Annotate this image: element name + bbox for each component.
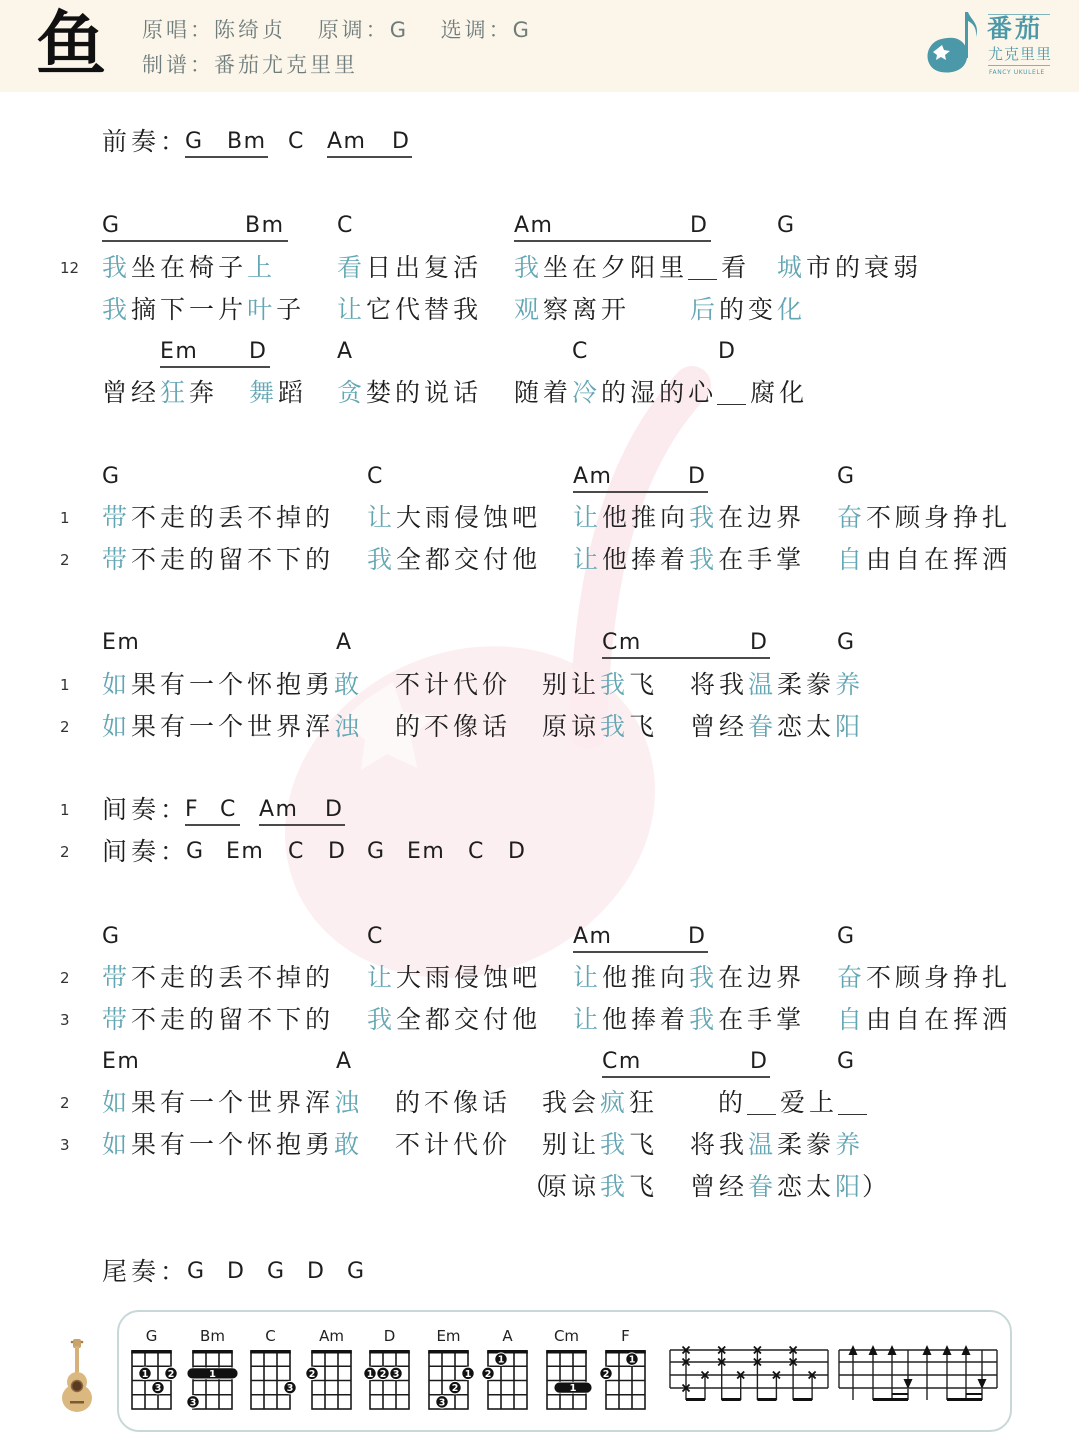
lyric-accent-char: 我	[600, 1130, 629, 1159]
lyric-char: 不	[866, 503, 895, 532]
lyric-accent-char: 我	[600, 1172, 629, 1201]
lyric-accent-char: 带	[102, 1005, 131, 1034]
lyric-char: 在	[718, 1005, 747, 1034]
lyric-char: 不	[424, 712, 453, 741]
lyric-accent-char: 狂	[160, 378, 189, 407]
lyric-char: 向	[660, 963, 689, 992]
lyric-char: 豢	[806, 1130, 835, 1159]
chord-name: D	[307, 1257, 325, 1287]
lyric-char: 像	[453, 712, 482, 741]
chord-name: C	[337, 211, 354, 241]
lyric-char: 在	[924, 545, 953, 574]
lyric-char: 不	[424, 1088, 453, 1117]
lyric-accent-char: 让	[337, 295, 366, 324]
lyric-char: 价	[482, 1130, 511, 1159]
lyric-char: 不	[131, 503, 160, 532]
lyric-char: 活	[453, 253, 482, 282]
lyric-accent-char: 自	[837, 1005, 866, 1034]
lyric-accent-char: 我	[689, 963, 718, 992]
lyric-char: 湿	[630, 378, 659, 407]
lyric-accent-char: 我	[600, 670, 629, 699]
lyric-char: 由	[866, 1005, 895, 1034]
lyric-char: 浑	[305, 712, 334, 741]
lyric-char: 原	[542, 712, 571, 741]
lyric-segment: 城市的衰弱	[777, 253, 922, 283]
lyric-char: 下	[276, 545, 305, 574]
lyric-char: 抱	[276, 1130, 305, 1159]
chord-name: Bm	[245, 211, 285, 241]
lyric-segment: 我会疯狂	[542, 1088, 658, 1118]
lyric-char: 腐	[750, 378, 779, 407]
chord-name: G	[347, 1257, 366, 1287]
lyric-segment: 我坐在椅子上	[102, 253, 276, 283]
chord-name: G	[267, 1257, 286, 1287]
chord-name: Am	[514, 211, 553, 241]
lyric-char: 的	[305, 1005, 334, 1034]
lyric-char: 的	[189, 503, 218, 532]
lyric-accent-char: 带	[102, 545, 131, 574]
chord-name: Cm	[602, 628, 642, 658]
verse-number: 2	[60, 963, 70, 993]
lyric-accent-char: 带	[102, 503, 131, 532]
lyric-char: 走	[160, 545, 189, 574]
lyric-char: 变	[748, 295, 777, 324]
lyric-char: 他	[602, 503, 631, 532]
lyric-char: 它	[366, 295, 395, 324]
lyric-segment: 原谅我飞	[542, 1172, 658, 1202]
chord-sheet-page: 鱼 原唱：陈绮贞 原调：G 选调：G 制谱：番茄尤克里里 番茄 尤克里里 FAN…	[0, 0, 1079, 1445]
lyric-char: 界	[776, 503, 805, 532]
lyric-segment: 自由自在挥洒	[837, 545, 1011, 575]
lyric-char: 个	[218, 712, 247, 741]
lyric-segment: 如果有一个怀抱勇敢	[102, 670, 363, 700]
chord-name: Am	[573, 922, 612, 952]
lyric-char: 付	[483, 545, 512, 574]
lyric-char: 推	[631, 963, 660, 992]
lyric-accent-char: 贪	[337, 378, 366, 407]
chords-row: GCAmDG	[0, 462, 1079, 492]
lyric-char: 化	[779, 378, 808, 407]
lyric-accent-char: 冷	[572, 378, 601, 407]
lyric-segment: 让他推向我在边界	[573, 963, 805, 993]
lyric-segment: 看日出复活	[337, 253, 482, 283]
chord-name: Am	[573, 462, 612, 492]
lyric-char: 掉	[276, 963, 305, 992]
progression-row: 前奏：GBmCAmD	[0, 127, 1079, 157]
lyric-char: 他	[602, 1005, 631, 1034]
lyric-char: 洒	[982, 1005, 1011, 1034]
progression-row: 1间奏：FCAmD	[0, 795, 1079, 825]
lyric-accent-char: 后	[690, 295, 719, 324]
chord-name: G	[102, 211, 121, 241]
lyric-char: 界	[776, 963, 805, 992]
chord-name: A	[337, 337, 354, 367]
lyric-segment: 后的变化	[690, 295, 806, 325]
lyric-accent-char: 舞	[249, 378, 278, 407]
lyric-accent-char: 让	[573, 1005, 602, 1034]
lyric-char: 飞	[629, 1172, 658, 1201]
verse-number: 1	[60, 670, 70, 700]
lyric-char: 侵	[454, 503, 483, 532]
lyric-char: 掌	[776, 545, 805, 574]
lyric-char: 捧	[631, 545, 660, 574]
lyric-segment: 我摘下一片叶子	[102, 295, 305, 325]
lyric-char: 子	[218, 253, 247, 282]
lyric-char: 在	[160, 253, 189, 282]
verse-number: 1	[60, 503, 70, 533]
lyric-char: 雨	[425, 503, 454, 532]
lyric-char: 的	[189, 963, 218, 992]
lyric-char: 片	[218, 295, 247, 324]
lyric-accent-char: 看	[337, 253, 366, 282]
lyric-char: 雨	[425, 963, 454, 992]
lyric-char: 有	[160, 1130, 189, 1159]
lyric-char: 计	[424, 670, 453, 699]
chord-name: F	[185, 795, 199, 825]
chord-name: Am	[259, 795, 298, 825]
lyric-char: 走	[160, 503, 189, 532]
lyric-char: 像	[453, 1088, 482, 1117]
lyric-accent-char: 我	[689, 1005, 718, 1034]
lyric-char: 勇	[305, 670, 334, 699]
lyric-accent-char: 带	[102, 963, 131, 992]
lyric-char: 他	[602, 545, 631, 574]
ukulele-icon	[58, 1338, 96, 1414]
chord-name: D	[508, 837, 526, 867]
chords-row: GBmCAmDG	[0, 211, 1079, 241]
lyric-char: 恋	[777, 712, 806, 741]
lyric-char: 狂	[629, 1088, 658, 1117]
lyric-char: 爱	[780, 1088, 809, 1117]
lyric-char: 在	[924, 1005, 953, 1034]
lyric-char: 个	[218, 1088, 247, 1117]
lyric-char: 心	[688, 378, 717, 407]
lyric-char: 留	[218, 1005, 247, 1034]
chord-name: D	[718, 337, 736, 367]
lyric-segment: 别让我飞	[542, 1130, 658, 1160]
lyric-accent-char: 敢	[334, 1130, 363, 1159]
lyric-char: 替	[424, 295, 453, 324]
lyric-char: 谅	[571, 1172, 600, 1201]
chord-name: G	[837, 1047, 856, 1077]
lyric-accent-char: 我	[514, 253, 543, 282]
lyric-char: 抱	[276, 670, 305, 699]
lyric-accent-char: 让	[573, 545, 602, 574]
lyric-char: 交	[454, 1005, 483, 1034]
chords-row: EmACmDG	[0, 628, 1079, 658]
chord-name: A	[336, 1047, 353, 1077]
verse-number: 3	[60, 1005, 70, 1035]
verse-number: 12	[60, 253, 79, 283]
lyric-char: 着	[660, 545, 689, 574]
lyrics-row: （原谅我飞曾经眷恋太阳）	[0, 1172, 1079, 1202]
lyric-accent-char: 敢	[334, 670, 363, 699]
lyric-char: 掌	[776, 1005, 805, 1034]
chord-name: Em	[102, 1047, 140, 1077]
lyric-char: 椅	[189, 253, 218, 282]
lyric-char: 计	[424, 1130, 453, 1159]
lyric-segment: 我坐在夕阳里看	[514, 253, 750, 283]
chord-name: C	[468, 837, 485, 867]
section-label: 间奏：	[102, 795, 189, 825]
chord-group-underline	[514, 240, 711, 242]
chord-name: G	[187, 1257, 206, 1287]
lyric-segment: 自由自在挥洒	[837, 1005, 1011, 1035]
lyric-char: 怀	[247, 670, 276, 699]
lyric-segment: 曾经狂奔	[102, 378, 218, 408]
lyric-segment: 将我温柔豢养	[690, 1130, 864, 1160]
chord-name: Em	[160, 337, 198, 367]
lyric-char: 自	[895, 545, 924, 574]
lyric-accent-char: 自	[837, 545, 866, 574]
lyric-segment: 让他推向我在边界	[573, 503, 805, 533]
lyric-char: 夕	[601, 253, 630, 282]
lyrics-row: 2带不走的丢不掉的让大雨侵蚀吧让他推向我在边界奋不顾身挣扎	[0, 963, 1079, 993]
strumming-pattern-staff	[839, 1350, 997, 1388]
lyric-char: 恋	[777, 1172, 806, 1201]
chord-name: D	[688, 462, 706, 492]
lyric-segment: 如果有一个怀抱勇敢	[102, 1130, 363, 1160]
lyric-char: 有	[160, 670, 189, 699]
lyric-char: 手	[747, 1005, 776, 1034]
lyric-accent-char: 我	[367, 1005, 396, 1034]
lyric-char: 代	[453, 1130, 482, 1159]
lyric-char: 察	[543, 295, 572, 324]
lyric-char: 不	[395, 1130, 424, 1159]
chord-group-underline	[259, 824, 345, 826]
verse-number: 2	[60, 712, 70, 742]
chord-group-underline	[573, 491, 708, 493]
lyric-char: 说	[424, 378, 453, 407]
lyric-accent-char: 阳	[835, 1172, 864, 1201]
chords-row: EmDACD	[0, 337, 1079, 367]
chord-name: D	[750, 628, 768, 658]
lyric-char: 果	[131, 1088, 160, 1117]
lyrics-row: 3带不走的留不下的我全都交付他让他捧着我在手掌自由自在挥洒	[0, 1005, 1079, 1035]
up-arrow-icon	[888, 1345, 897, 1400]
lyric-segment: 让它代替我	[337, 295, 482, 325]
lyric-char: 的	[719, 295, 748, 324]
chord-name: C	[220, 795, 237, 825]
lyric-char: 的	[659, 378, 688, 407]
lyric-segment: 奋不顾身挣扎	[837, 503, 1011, 533]
lyric-char: 价	[482, 670, 511, 699]
lyric-char: 一	[189, 295, 218, 324]
lyric-char: 原	[542, 1172, 571, 1201]
lyric-accent-char: 上	[247, 253, 276, 282]
lyric-char: 柔	[777, 1130, 806, 1159]
lyric-char: 全	[396, 1005, 425, 1034]
lyric-char: 让	[571, 1130, 600, 1159]
chord-group-underline	[602, 1076, 770, 1078]
lyric-accent-char: 养	[835, 670, 864, 699]
lyric-char: 出	[395, 253, 424, 282]
lyric-char: 阳	[630, 253, 659, 282]
lyric-char: 一	[189, 1088, 218, 1117]
fingerpicking-pattern-staff	[670, 1350, 828, 1388]
lyric-char: 勇	[305, 1130, 334, 1159]
lyric-char: 扎	[982, 963, 1011, 992]
lyric-char: 我	[719, 670, 748, 699]
chord-group-underline	[185, 824, 240, 826]
lyric-char: 都	[425, 1005, 454, 1034]
chord-name: G	[102, 922, 121, 952]
chord-name: Bm	[227, 127, 267, 157]
lyric-char: 我	[719, 1130, 748, 1159]
lyric-char: 着	[660, 1005, 689, 1034]
lyric-accent-char: 温	[748, 670, 777, 699]
lyric-char: 日	[366, 253, 395, 282]
chord-group-underline	[327, 156, 412, 158]
chord-name: D	[325, 795, 343, 825]
lyric-char: 世	[247, 1088, 276, 1117]
lyric-segment: 如果有一个世界浑浊	[102, 1088, 363, 1118]
lyrics-row: 2如果有一个世界浑浊的不像话原谅我飞曾经眷恋太阳	[0, 712, 1079, 742]
lyric-char: 果	[131, 1130, 160, 1159]
lyric-char: 别	[542, 670, 571, 699]
lyric-char: 界	[276, 712, 305, 741]
chord-name: D	[328, 837, 346, 867]
lyric-char: 坐	[543, 253, 572, 282]
lyric-accent-char: 浊	[334, 712, 363, 741]
lyric-char: 奔	[189, 378, 218, 407]
lyric-blank	[717, 378, 746, 405]
lyric-char: 柔	[777, 670, 806, 699]
lyric-char: 怀	[247, 1130, 276, 1159]
chord-name: C	[367, 462, 384, 492]
lyric-char: 太	[806, 1172, 835, 1201]
lyric-char: 大	[396, 963, 425, 992]
lyric-char: 吧	[512, 963, 541, 992]
chord-name: D	[750, 1047, 768, 1077]
lyric-char: 全	[396, 545, 425, 574]
up-arrow-icon	[943, 1345, 952, 1400]
lyric-char: 随	[514, 378, 543, 407]
chord-name: C	[288, 127, 305, 157]
chord-name: D	[690, 211, 708, 241]
lyric-char: 飞	[629, 712, 658, 741]
lyric-char: 个	[218, 1130, 247, 1159]
chord-group-underline	[602, 657, 770, 659]
lyric-accent-char: 城	[777, 253, 806, 282]
lyric-char: 曾	[102, 378, 131, 407]
lyric-char: 浑	[305, 1088, 334, 1117]
lyric-char: 身	[924, 963, 953, 992]
lyric-char: 婪	[366, 378, 395, 407]
lyric-char: 经	[719, 712, 748, 741]
lyric-accent-char: 如	[102, 712, 131, 741]
lyric-segment: 如果有一个世界浑浊	[102, 712, 363, 742]
lyric-char: 话	[482, 1088, 511, 1117]
lyric-accent-char: 我	[102, 295, 131, 324]
lyric-segment: 奋不顾身挣扎	[837, 963, 1011, 993]
lyric-segment: 别让我飞	[542, 670, 658, 700]
lyric-char: 侵	[454, 963, 483, 992]
lyric-char: 个	[218, 670, 247, 699]
lyric-char: 太	[806, 712, 835, 741]
verse-number: 2	[60, 837, 70, 867]
lyric-segment: 不计代价	[395, 670, 511, 700]
lyric-char: 别	[542, 1130, 571, 1159]
lyric-char: 在	[718, 963, 747, 992]
lyric-char: 让	[571, 670, 600, 699]
lyric-accent-char: 养	[835, 1130, 864, 1159]
lyric-char: 的	[395, 712, 424, 741]
lyric-char: ）	[862, 1172, 891, 1201]
lyric-char: 经	[131, 378, 160, 407]
lyric-char: 的	[305, 963, 334, 992]
lyric-accent-char: 让	[367, 503, 396, 532]
lyric-segment: 贪婪的说话	[337, 378, 482, 408]
chord-name: D	[249, 337, 267, 367]
chords-row: EmACmDG	[0, 1047, 1079, 1077]
lyric-accent-char: 化	[777, 295, 806, 324]
lyric-char: 付	[483, 1005, 512, 1034]
lyric-accent-char: 如	[102, 670, 131, 699]
lyric-char: 不	[247, 545, 276, 574]
lyric-char: 不	[131, 1005, 160, 1034]
chord-name: Em	[102, 628, 140, 658]
lyric-accent-char: 我	[367, 545, 396, 574]
lyric-char: 顾	[895, 963, 924, 992]
lyric-char: 一	[189, 1130, 218, 1159]
lyric-char: 挥	[953, 545, 982, 574]
lyric-char: 界	[276, 1088, 305, 1117]
lyric-char: 里	[659, 253, 688, 282]
chord-name: D	[392, 127, 410, 157]
strumming-pattern	[839, 1345, 997, 1401]
chord-name: G	[837, 922, 856, 952]
lyric-char: 捧	[631, 1005, 660, 1034]
lyric-char: 上	[809, 1088, 838, 1117]
lyric-char: 子	[276, 295, 305, 324]
lyric-char: 的	[601, 378, 630, 407]
lyrics-row: 我摘下一片叶子让它代替我观察离开后的变化	[0, 295, 1079, 325]
lyric-char: 摘	[131, 295, 160, 324]
lyric-char: 我	[453, 295, 482, 324]
lyric-char: 由	[866, 545, 895, 574]
lyric-blank	[688, 253, 717, 280]
lyric-char: 向	[660, 503, 689, 532]
lyric-accent-char: 观	[514, 295, 543, 324]
section-label: 间奏：	[102, 837, 189, 867]
lyric-accent-char: 如	[102, 1088, 131, 1117]
progression-row: 2间奏：GEmCDGEmCD	[0, 837, 1079, 867]
lyric-char: 的	[835, 253, 864, 282]
lyric-char: 的	[189, 1005, 218, 1034]
lyric-segment: 我全都交付他	[367, 1005, 541, 1035]
lyric-char: 代	[453, 670, 482, 699]
chords-row: GCAmDG	[0, 922, 1079, 952]
section-label: 尾奏：	[102, 1257, 189, 1287]
up-arrow-icon	[869, 1345, 878, 1400]
lyric-char: 交	[454, 545, 483, 574]
lyric-char: 市	[806, 253, 835, 282]
lyrics-row: 2如果有一个世界浑浊的不像话我会疯狂的爱上	[0, 1088, 1079, 1118]
lyric-char: 留	[218, 545, 247, 574]
lyric-char: 衰	[864, 253, 893, 282]
chord-name: Em	[226, 837, 264, 867]
lyric-char: 不	[866, 963, 895, 992]
lyric-segment: 让大雨侵蚀吧	[367, 963, 541, 993]
lyric-char: 下	[160, 295, 189, 324]
lyric-segment: 带不走的丢不掉的	[102, 503, 334, 533]
up-arrow-icon	[849, 1345, 858, 1400]
chord-name: G	[837, 628, 856, 658]
lyric-char: 边	[747, 503, 776, 532]
lyric-char: 手	[747, 545, 776, 574]
lyric-accent-char: 我	[689, 545, 718, 574]
